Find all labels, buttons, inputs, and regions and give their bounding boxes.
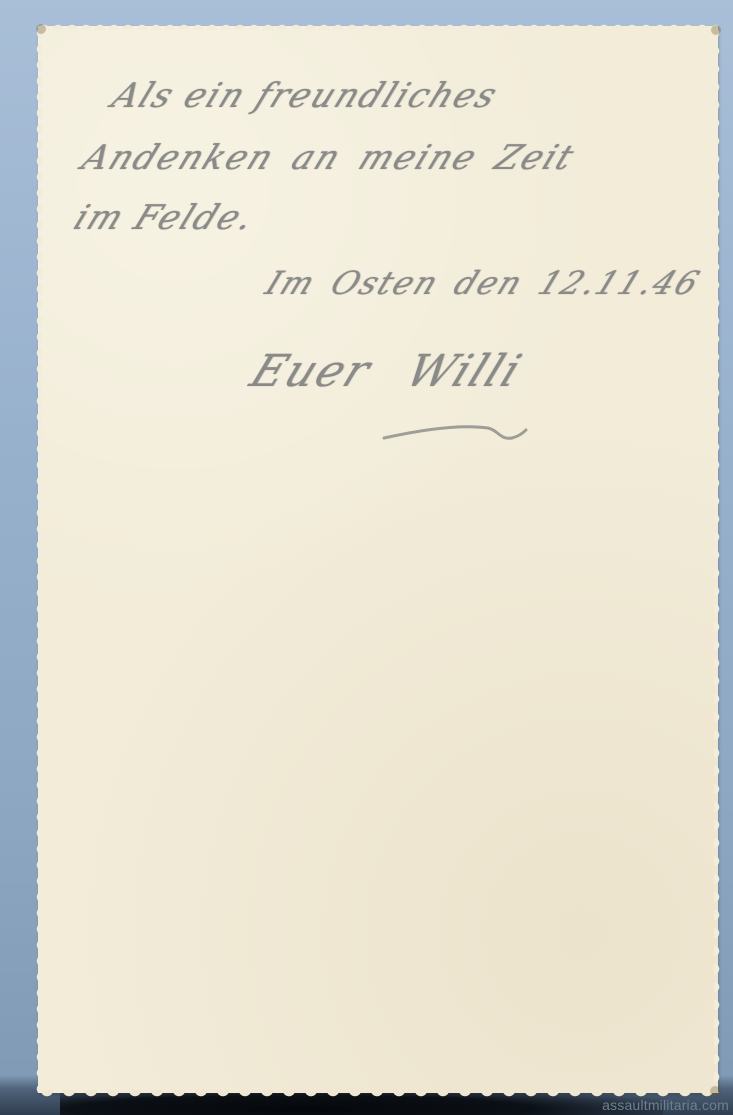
postcard-back: Als ein freundliches Andenken an meine Z… <box>38 26 718 1093</box>
signature-flourish-icon <box>380 416 530 444</box>
handwritten-line-1: Als ein freundliches <box>106 76 504 116</box>
deckled-edge-right <box>714 26 722 1093</box>
handwritten-date-line: Im Osten den 12.11.46 <box>260 264 706 302</box>
watermark: assaultmilitaria.com <box>602 1097 729 1113</box>
handwritten-line-3: im Felde. <box>68 198 262 238</box>
handwritten-line-2: Andenken an meine Zeit <box>76 138 581 178</box>
corner-stain-top-right <box>711 25 721 35</box>
handwritten-signature: Euer Willi <box>243 346 530 397</box>
corner-stain-top-left <box>36 24 46 34</box>
deckled-edge-top <box>38 22 718 30</box>
deckled-edge-left <box>34 26 42 1093</box>
corner-stain-bottom-right <box>710 1086 720 1096</box>
